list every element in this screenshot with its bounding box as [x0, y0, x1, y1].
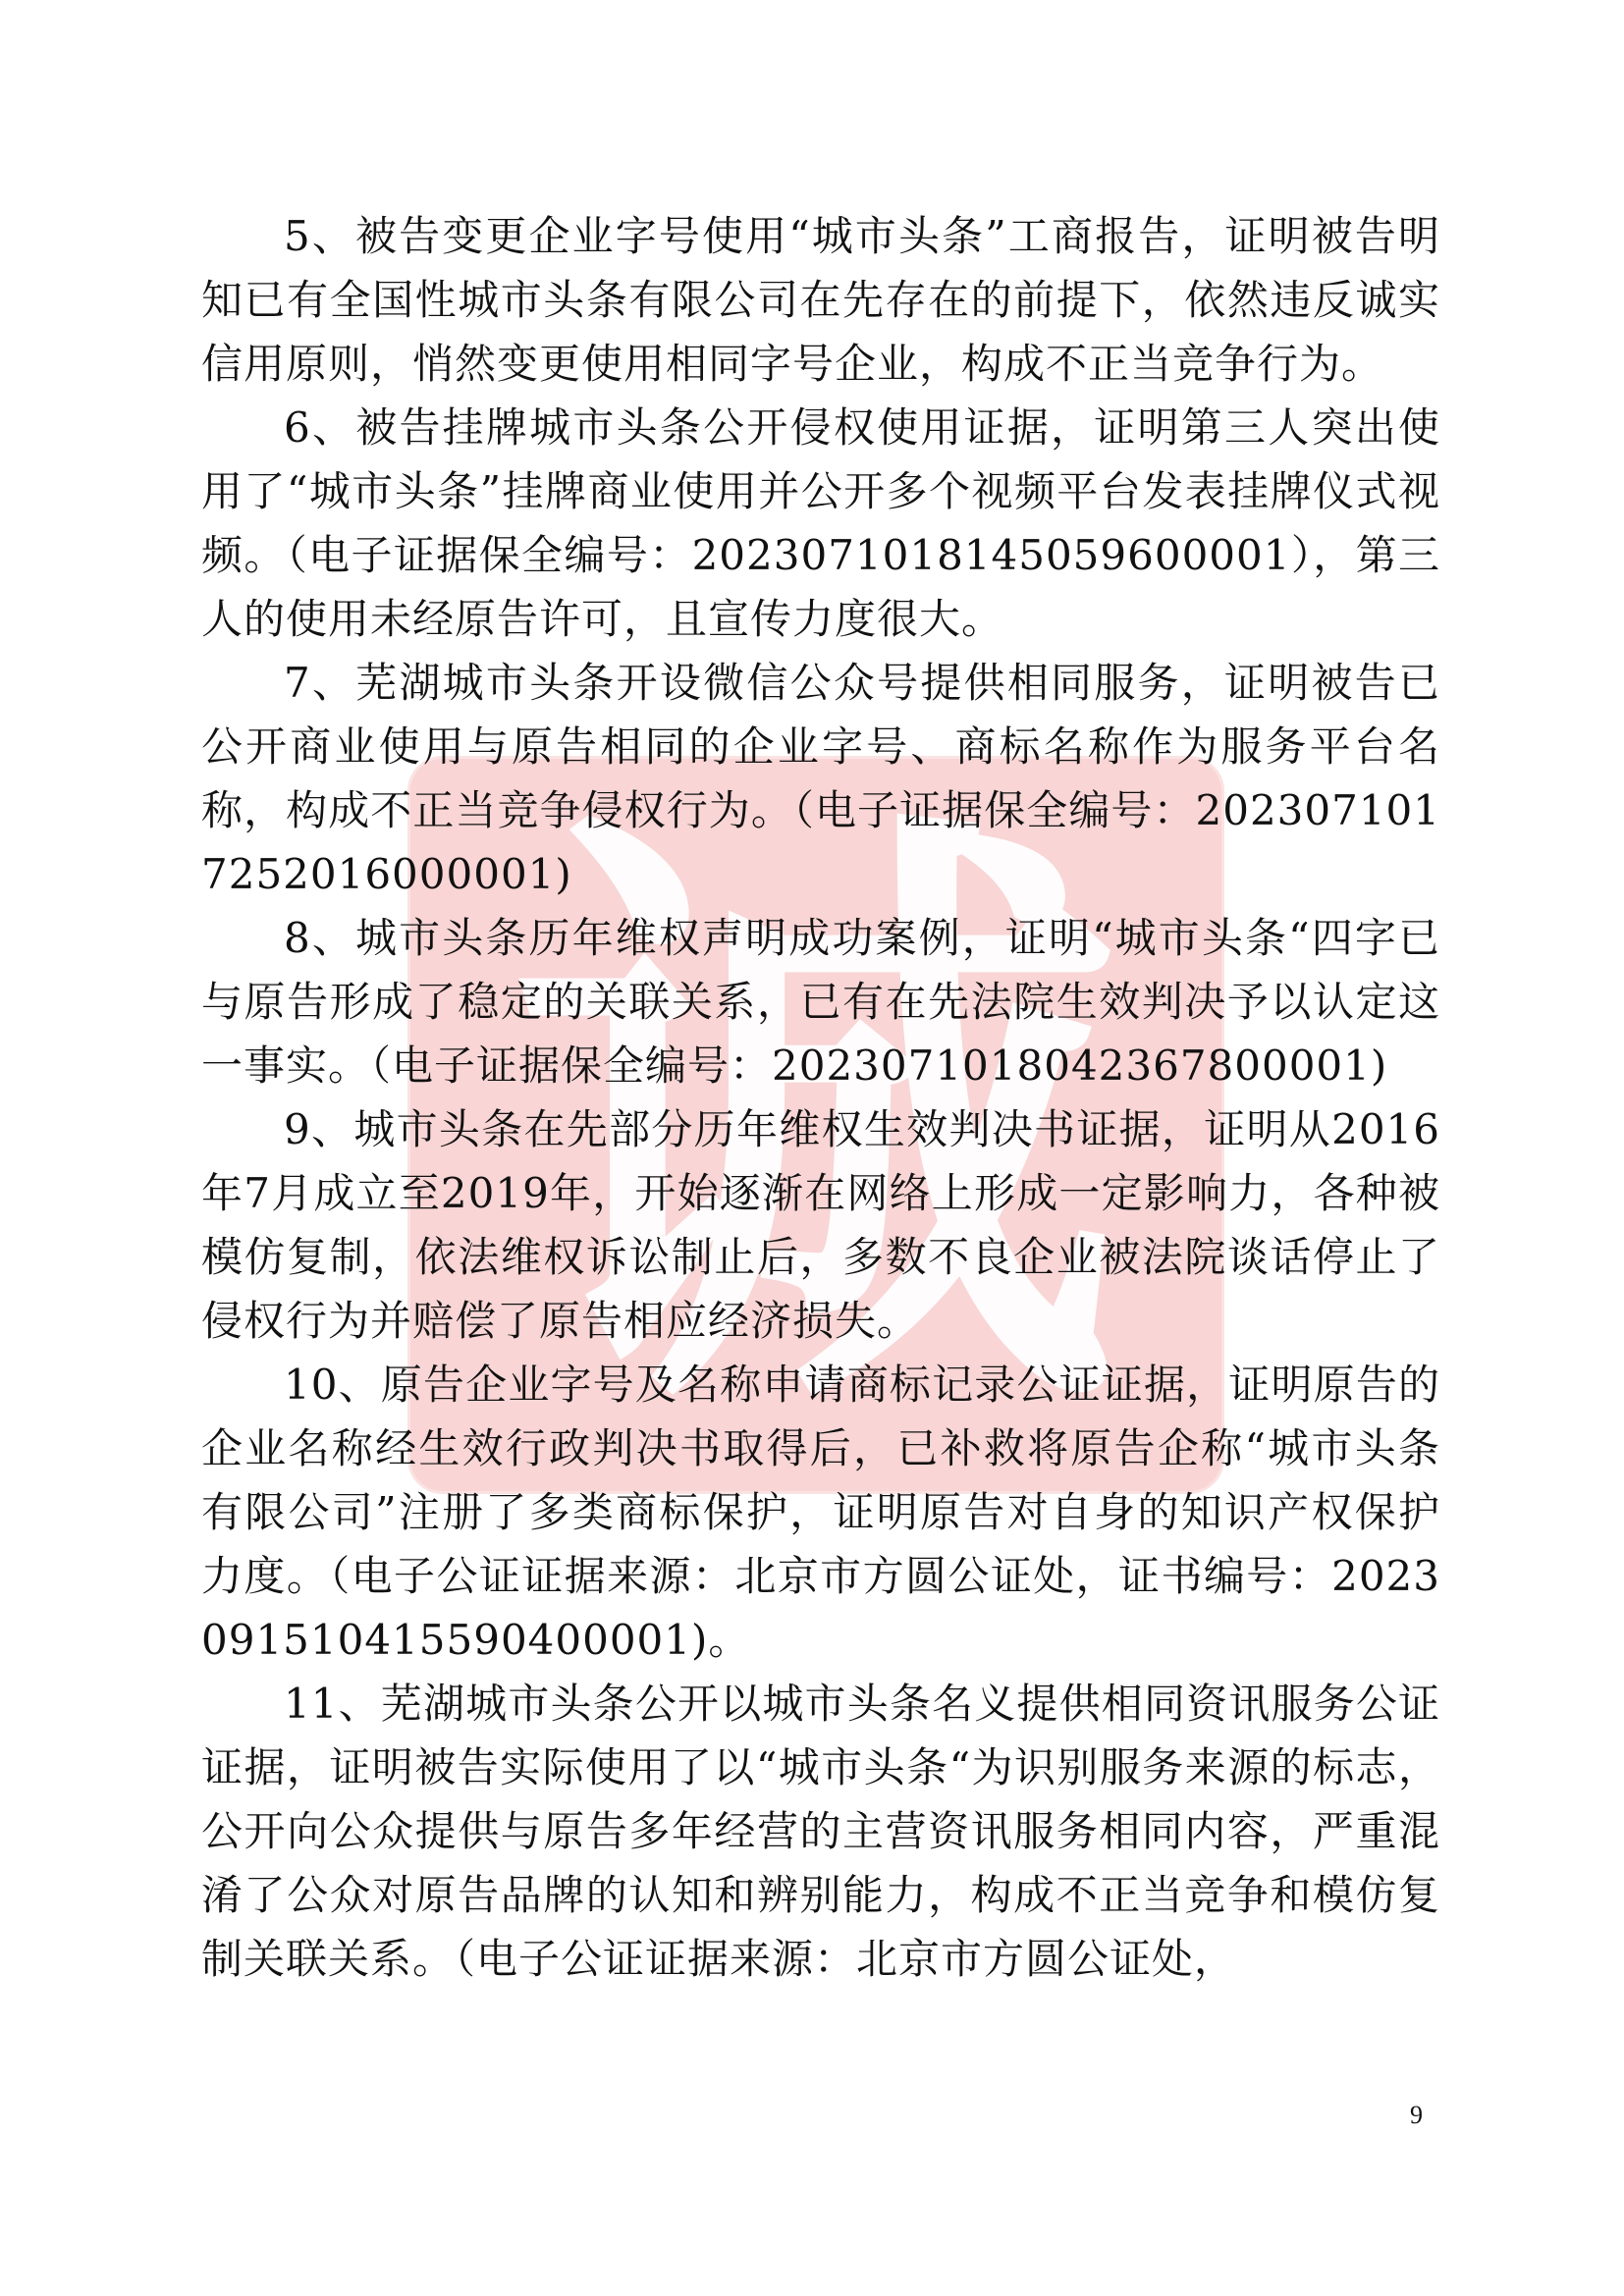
page-number: 9: [1410, 2101, 1423, 2130]
evidence-item-6: 6、被告挂牌城市头条公开侵权使用证据，证明第三人突出使用了“城市头条”挂牌商业使…: [201, 396, 1440, 651]
evidence-item-9: 9、城市头条在先部分历年维权生效判决书证据，证明从2016年7月成立至2019年…: [201, 1097, 1440, 1353]
document-page: 诚 5、被告变更企业字号使用“城市头条”工商报告，证明被告明知已有全国性城市头条…: [0, 0, 1624, 2296]
evidence-item-10: 10、原告企业字号及名称申请商标记录公证证据，证明原告的企业名称经生效行政判决书…: [201, 1353, 1440, 1672]
document-body: 5、被告变更企业字号使用“城市头条”工商报告，证明被告明知已有全国性城市头条有限…: [201, 204, 1440, 1991]
evidence-item-8: 8、城市头条历年维权声明成功案例，证明“城市头条“四字已与原告形成了稳定的关联关…: [201, 906, 1440, 1097]
evidence-item-7: 7、芜湖城市头条开设微信公众号提供相同服务，证明被告已公开商业使用与原告相同的企…: [201, 651, 1440, 906]
evidence-item-5: 5、被告变更企业字号使用“城市头条”工商报告，证明被告明知已有全国性城市头条有限…: [201, 204, 1440, 396]
evidence-item-11: 11、芜湖城市头条公开以城市头条名义提供相同资讯服务公证证据，证明被告实际使用了…: [201, 1672, 1440, 1991]
